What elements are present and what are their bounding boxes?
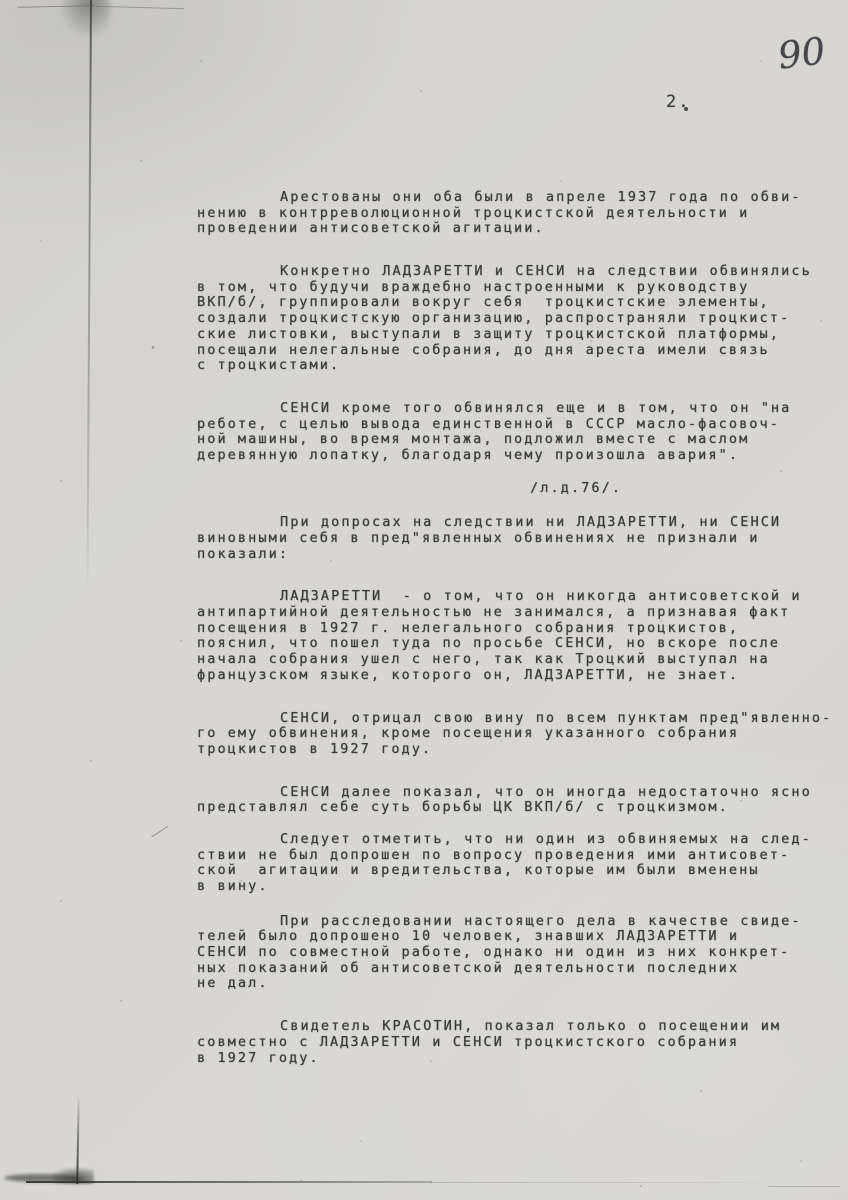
text-line: Конкретно ЛАДЗАРЕТТИ и СЕНСИ на следстви… [197,264,848,280]
text-line: пояснил, что пошел туда по просьбе СЕНСИ… [197,636,848,652]
text-line: ной машины, во время монтажа, подложил в… [197,432,848,448]
paragraph: При допросах на следствии ни ЛАДЗАРЕТТИ,… [197,515,848,562]
text-line: СЕНСИ по совместной работе, однако ни од… [197,945,848,961]
paragraph: ЛАДЗАРЕТТИ - о том, что он никогда антис… [197,589,848,683]
text-line: виновными себя в пред"явленных обвинения… [197,531,848,547]
paragraph: Конкретно ЛАДЗАРЕТТИ и СЕНСИ на следстви… [197,264,848,374]
text-line: телей было допрошено 10 человек, знавших… [197,929,848,945]
text-line: СЕНСИ, отрицал свою вину по всем пунктам… [197,711,848,727]
text-line: антипартийной деятельностью не занимался… [197,605,848,621]
paper-speck [151,346,154,350]
text-line: посещали нелегальные собрания, до дня ар… [197,343,848,359]
text-line: го ему обвинения, кроме посещения указан… [197,726,848,742]
paragraph: Свидетель КРАСОТИН, показал только о пос… [197,1019,848,1066]
text-line: проведении антисоветской агитации. [197,221,848,237]
text-line: СЕНСИ кроме того обвинялся еще и в том, … [197,401,848,417]
bottom-edge-line [26,1181,432,1183]
text-line: СЕНСИ далее показал, что он иногда недос… [197,785,848,801]
text-line: начала собрания ушел с него, так как Тро… [197,652,848,668]
text-line: с троцкистами. [197,358,848,374]
text-line: французском языке, которого он, ЛАДЗАРЕТ… [197,668,848,684]
page-number: 2. [666,92,690,112]
text-line: Свидетель КРАСОТИН, показал только о пос… [197,1019,848,1035]
text-line: /л.д.76/. [197,481,848,497]
text-line: показали: [197,547,848,563]
paper-speckles [0,0,2,2]
text-line: ВКП/б/, группировали вокруг себя троцкис… [197,295,848,311]
text-line: в вину. [197,879,848,895]
text-line: ской агитации и вредительства, которые и… [197,863,848,879]
bottom-edge-line-faint [430,1182,782,1183]
text-line: ские листовки, выступали в защиту троцки… [197,327,848,343]
pencil-mark [151,826,168,838]
text-line: троцкистов в 1927 году. [197,742,848,758]
paragraph: Арестованы они оба были в апреле 1937 го… [197,190,848,237]
paragraph: СЕНСИ, отрицал свою вину по всем пунктам… [197,711,848,758]
paragraph: СЕНСИ кроме того обвинялся еще и в том, … [197,401,848,464]
document-page: 90 2. Арестованы они оба были в апреле 1… [0,0,848,1200]
text-line: Следует отметить, что ни один из обвиняе… [197,832,848,848]
paragraph: При расследовании настоящего дела в каче… [197,914,848,992]
text-line: ствии не был допрошен по вопросу проведе… [197,848,848,864]
text-line: совместно с ЛАДЗАРЕТТИ и СЕНСИ троцкистс… [197,1035,848,1051]
text-line: Арестованы они оба были в апреле 1937 го… [197,190,848,206]
folio-reference: /л.д.76/. [197,481,848,497]
text-line: реботе, с целью вывода единственной в СС… [197,417,848,433]
paragraph: СЕНСИ далее показал, что он иногда недос… [197,785,848,816]
text-line: деревянную лопатку, благодаря чему произ… [197,448,848,464]
bottom-edge-streak [768,1186,840,1187]
text-line: ЛАДЗАРЕТТИ - о том, что он никогда антис… [197,589,848,605]
text-line: представлял себе суть борьбы ЦК ВКП/б/ с… [197,800,848,816]
fold-crease-top [86,0,91,592]
text-line: не дал. [197,976,848,992]
handwritten-folio-number: 90 [776,29,828,77]
text-line: При допросах на следствии ни ЛАДЗАРЕТТИ,… [197,515,848,531]
document-body: Арестованы они оба были в апреле 1937 го… [197,190,848,1093]
paragraph: Следует отметить, что ни один из обвиняе… [197,832,848,895]
text-line: ных показаний об антисоветской деятельно… [197,961,848,977]
text-line: в 1927 году. [197,1051,848,1067]
text-line: создали троцкистскую организацию, распро… [197,311,848,327]
